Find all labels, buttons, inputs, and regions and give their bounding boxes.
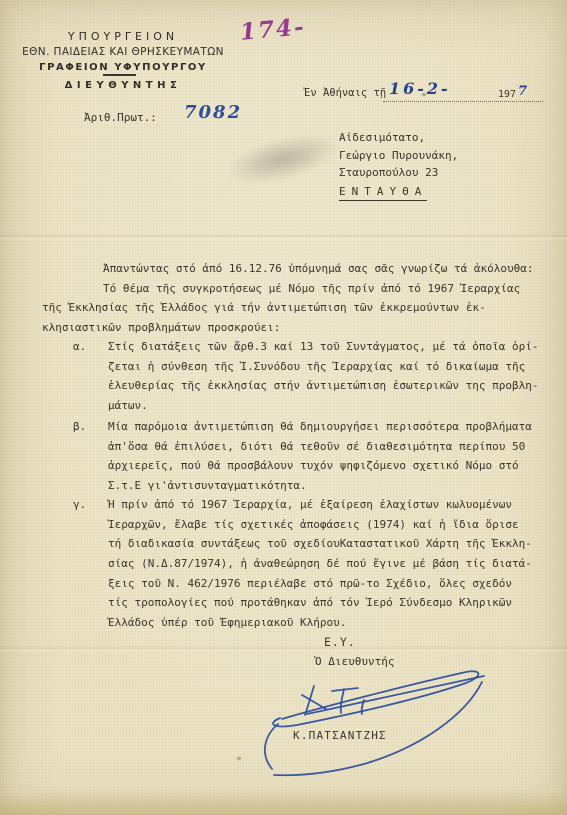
signature-ink (252, 662, 492, 782)
addressee-city: ΕΝΤΑΥΘΑ (339, 183, 427, 202)
list-item-gamma: Ἡ πρίν ἀπό τό 1967 Ἱεραρχία, μέ ἐξαίρεση… (108, 498, 548, 636)
list-item-alpha: Στίς διατάξεις τῶν ἄρθ.3 καί 13 τοῦ Συντ… (108, 340, 548, 419)
office-name: ΓΡΑΦΕΙΟΝ ΥΦΥΠΟΥΡΓΟΥ (14, 62, 232, 73)
typed-line: τή διαδικασία συντάξεως τοῦ σχεδίουΚατασ… (108, 537, 548, 557)
handwritten-protocol-number: 7082 (184, 102, 242, 123)
paper-speck (237, 757, 241, 760)
ministry-name: ΥΠΟΥΡΓΕΙΟΝ (14, 30, 232, 43)
addressee-street: Σταυροπούλου 23 (339, 164, 458, 182)
typed-line: Μία παρόμοια ἀντιμετώπιση θά δημιουργήσε… (108, 420, 548, 440)
addressee-salutation: Αἰδεσιμότατο, (339, 129, 458, 147)
paper-fold-crease (0, 646, 567, 652)
typed-line: ἀρχιερεῖς, πού θά προσβάλουν τυχόν ψηφιζ… (108, 459, 548, 479)
typed-line: Ἡ πρίν ἀπό τό 1967 Ἱεραρχία, μέ ἐξαίρεση… (108, 498, 548, 518)
date-line-prefix: Ἐν Ἀθήναις τῇ (304, 87, 386, 99)
typed-line: Σ.τ.Ε γι'ἀντισυνταγματικότητα. (108, 479, 548, 499)
list-item-label: β. (73, 420, 86, 433)
letterhead: ΥΠΟΥΡΓΕΙΟΝ ΕΘΝ. ΠΑΙΔΕΙΑΣ ΚΑΙ ΘΡΗΣΚΕΥΜΑΤΩ… (14, 30, 232, 91)
addressee-block: Αἰδεσιμότατο, Γεώργιο Πυρουνάκη, Σταυροπ… (339, 129, 458, 201)
paper-edge-shading (0, 789, 567, 815)
printed-year: 197 (498, 89, 516, 100)
protocol-number-label: Ἀριθ.Πρωτ.: (84, 111, 157, 124)
typed-line: Τό θέμα τῆς συγκροτήσεως μέ Νόμο τῆς πρί… (42, 282, 542, 302)
list-item-label: γ. (73, 498, 86, 511)
closing-initials: Ε.Υ. (324, 635, 356, 649)
typed-line: Ἑλλάδος ὑπέρ τοῦ Ἐφημεριακοῦ Κλήρου. (108, 616, 548, 636)
typed-line: σίας (Ν.Δ.87/1974), ἡ ἀναθεώρηση δέ πού … (108, 557, 548, 577)
office-role: ΔΙΕΥΘΥΝΤΗΣ (14, 80, 232, 91)
letterhead-underline (103, 74, 136, 76)
handwritten-ref-number: 174- (239, 13, 307, 46)
signer-name: Κ.ΠΑΤΣΑΝΤΖΗΣ (293, 729, 387, 742)
typed-line: Ἱεραρχῶν, ἔλαβε τίς σχετικές ἀποφάσεις (… (108, 518, 548, 538)
typed-line: τῆς Ἐκκλησίας τῆς Ἑλλάδος γιά τήν ἀντιμε… (42, 301, 542, 321)
typed-line: Στίς διατάξεις τῶν ἄρθ.3 καί 13 τοῦ Συντ… (108, 340, 548, 360)
typed-line: κλησιαστικῶν προβλημάτων προσκρούει: (42, 321, 542, 341)
typed-line: ξεις τοῦ Ν. 462/1976 περιέλαβε στό πρῶ-τ… (108, 577, 548, 597)
typed-line: τίς τροπολογίες πού προτάθηκαν ἀπό τόν Ἱ… (108, 596, 548, 616)
list-item-beta: Μία παρόμοια ἀντιμετώπιση θά δημιουργήσε… (108, 420, 548, 499)
addressee-name: Γεώργιο Πυρουνάκη, (339, 147, 458, 165)
pencil-smudge (221, 124, 346, 193)
list-item-label: α. (73, 340, 86, 353)
typed-line: ἀπ'ὅσα θά ἐπιλύσει, διότι θά τεθοῦν σέ δ… (108, 440, 548, 460)
letter-page: 174- ΥΠΟΥΡΓΕΙΟΝ ΕΘΝ. ΠΑΙΔΕΙΑΣ ΚΑΙ ΘΡΗΣΚΕ… (0, 0, 567, 815)
typed-line: ζεται ἡ σύνθεση τῆς Ἱ.Συνόδου τῆς Ἱεραρχ… (108, 360, 548, 380)
paper-fold-crease (0, 234, 567, 240)
typed-line: μάτων. (108, 399, 548, 419)
typed-line: Ἀπαντώντας στό ἀπό 16.12.76 ὑπόμνημά σας… (42, 262, 542, 282)
body-intro: Ἀπαντώντας στό ἀπό 16.12.76 ὑπόμνημά σας… (42, 262, 542, 341)
ministry-subtitle: ΕΘΝ. ΠΑΙΔΕΙΑΣ ΚΑΙ ΘΡΗΣΚΕΥΜΑΤΩΝ (14, 46, 232, 58)
handwritten-date: 16-2- (389, 79, 451, 98)
typed-line: ἐλευθερίας τῆς ἐκκλησίας στήν ἀντιμετώπι… (108, 379, 548, 399)
handwritten-year-digit: 7 (518, 84, 527, 99)
